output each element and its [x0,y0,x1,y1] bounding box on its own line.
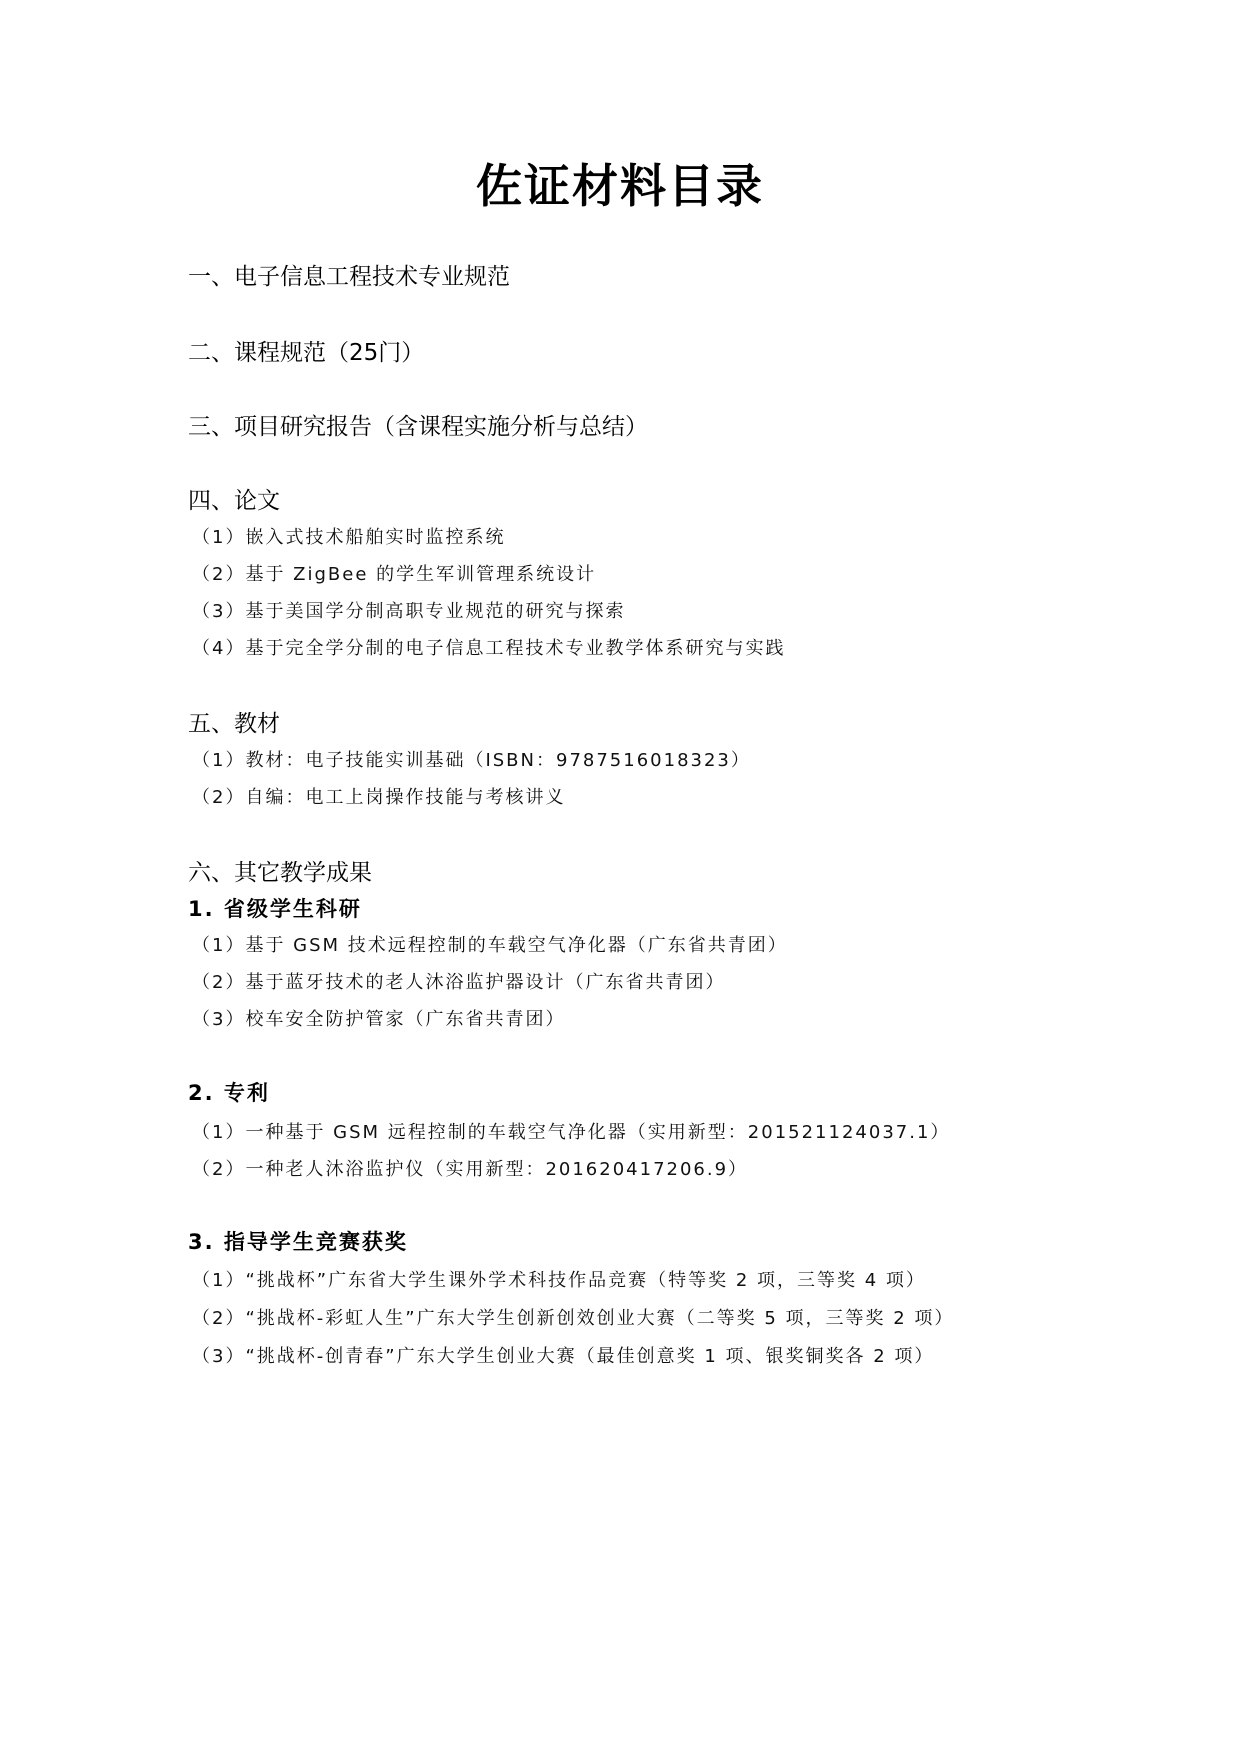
list-item: （1）教材：电子技能实训基础（ISBN：9787516018323） [192,746,751,772]
subsection-heading-2: 2. 专利 [188,1077,270,1107]
list-item: （2）一种老人沐浴监护仪（实用新型：201620417206.9） [192,1155,748,1181]
page-title: 佐证材料目录 [0,150,1240,216]
subsection-heading-3: 3. 指导学生竞赛获奖 [188,1226,408,1256]
list-item: （3）基于美国学分制高职专业规范的研究与探索 [192,597,625,623]
list-item: （3）校车安全防护管家（广东省共青团） [192,1005,565,1031]
section-heading-3: 三、项目研究报告（含课程实施分析与总结） [188,408,648,441]
list-item: （1）“挑战杯”广东省大学生课外学术科技作品竞赛（特等奖 2 项，三等奖 4 项… [192,1266,926,1292]
section-heading-5: 五、教材 [188,705,280,738]
section-heading-2: 二、课程规范（25门） [188,334,424,367]
list-item: （2）自编：电工上岗操作技能与考核讲义 [192,783,565,809]
list-item: （1）嵌入式技术船舶实时监控系统 [192,523,505,549]
section-heading-1: 一、电子信息工程技术专业规范 [188,258,510,291]
list-item: （2）“挑战杯-彩虹人生”广东大学生创新创效创业大赛（二等奖 5 项，三等奖 2… [192,1304,954,1330]
list-item: （4）基于完全学分制的电子信息工程技术专业教学体系研究与实践 [192,634,785,660]
section-heading-4: 四、论文 [188,482,280,515]
section-heading-6: 六、其它教学成果 [188,854,372,887]
list-item: （2）基于蓝牙技术的老人沐浴监护器设计（广东省共青团） [192,968,725,994]
list-item: （1）一种基于 GSM 远程控制的车载空气净化器（实用新型：2015211240… [192,1118,950,1144]
document-page: 佐证材料目录 一、电子信息工程技术专业规范 二、课程规范（25门） 三、项目研究… [0,0,1240,1753]
subsection-heading-1: 1. 省级学生科研 [188,893,362,923]
list-item: （2）基于 ZigBee 的学生军训管理系统设计 [192,560,596,586]
list-item: （3）“挑战杯-创青春”广东大学生创业大赛（最佳创意奖 1 项、银奖铜奖各 2 … [192,1342,934,1368]
list-item: （1）基于 GSM 技术远程控制的车载空气净化器（广东省共青团） [192,931,788,957]
